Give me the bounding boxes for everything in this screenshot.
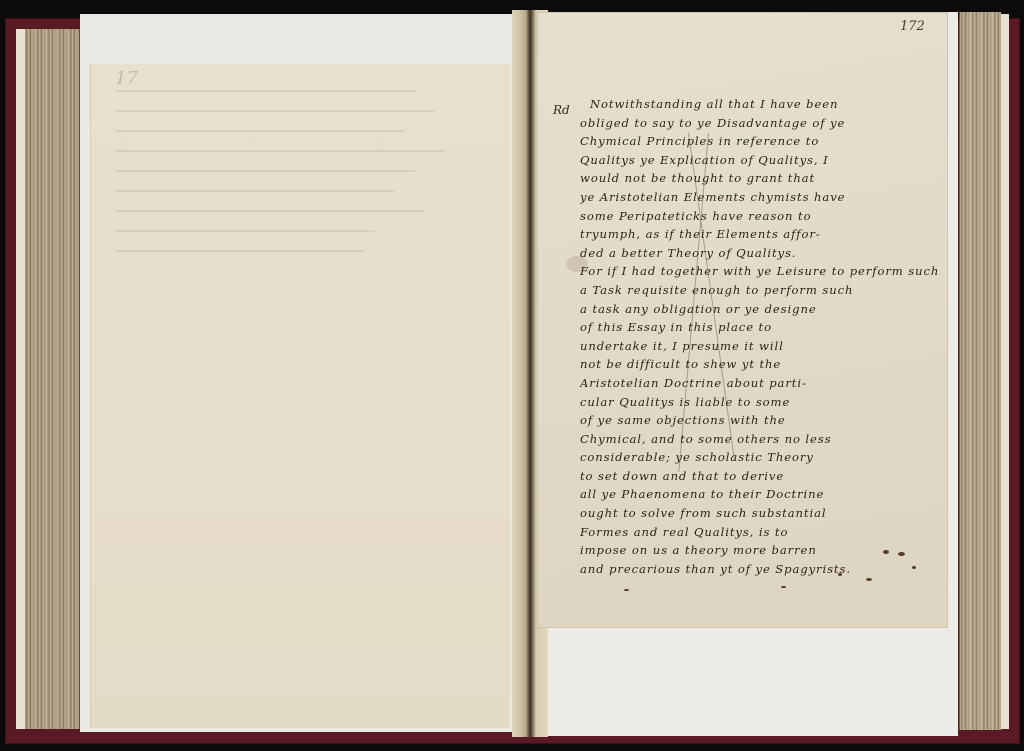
show-through-line bbox=[115, 250, 365, 252]
show-through-line bbox=[115, 210, 425, 212]
show-through-line bbox=[115, 190, 395, 192]
ink-spot bbox=[898, 552, 905, 556]
manuscript-line: undertake it, I presume it will bbox=[580, 337, 942, 356]
manuscript-line: ye Aristotelian Elements chymists have bbox=[580, 188, 942, 207]
left-page-leaf: 17 bbox=[90, 64, 510, 728]
ink-spot bbox=[781, 586, 786, 588]
manuscript-line: not be difficult to shew yt the bbox=[580, 355, 942, 374]
book-spread: 17 172 Rd Notwithstanding all that I hav… bbox=[0, 0, 1024, 751]
cover-endpaper-left bbox=[16, 29, 25, 729]
show-through-line bbox=[115, 170, 415, 172]
manuscript-line: of ye same objections with the bbox=[580, 411, 942, 430]
manuscript-line: obliged to say to ye Disadvantage of ye bbox=[580, 114, 942, 133]
folio-number: 172 bbox=[900, 19, 925, 34]
manuscript-line: and precarious than yt of ye Spagyrists. bbox=[580, 560, 942, 579]
manuscript-line: ought to solve from such substantial bbox=[580, 504, 942, 523]
manuscript-line: a Task requisite enough to perform such bbox=[580, 281, 942, 300]
show-through-line bbox=[115, 130, 405, 132]
ink-spot bbox=[624, 589, 629, 591]
manuscript-line: all ye Phaenomena to their Doctrine bbox=[580, 485, 942, 504]
margin-note: Rd bbox=[553, 103, 570, 117]
manuscript-line: Qualitys ye Explication of Qualitys, I bbox=[580, 151, 942, 170]
manuscript-line: would not be thought to grant that bbox=[580, 169, 942, 188]
manuscript-line: cular Qualitys is liable to some bbox=[580, 393, 942, 412]
manuscript-line: Chymical, and to some others no less bbox=[580, 430, 942, 449]
manuscript-line: ded a better Theory of Qualitys. bbox=[580, 244, 942, 263]
page-edges-left bbox=[25, 29, 80, 729]
manuscript-line: considerable; ye scholastic Theory bbox=[580, 448, 942, 467]
ink-spot bbox=[838, 573, 842, 576]
show-through-line bbox=[115, 230, 375, 232]
ink-spot bbox=[866, 578, 872, 581]
manuscript-line: Aristotelian Doctrine about parti- bbox=[580, 374, 942, 393]
show-through-mark: 17 bbox=[115, 68, 138, 89]
manuscript-line: Chymical Principles in reference to bbox=[580, 132, 942, 151]
manuscript-line: some Peripateticks have reason to bbox=[580, 207, 942, 226]
manuscript-line: tryumph, as if their Elements affor- bbox=[580, 225, 942, 244]
show-through-line bbox=[115, 110, 435, 112]
show-through-line bbox=[115, 150, 445, 152]
page-edges-right bbox=[959, 12, 1001, 730]
manuscript-line: For if I had together with ye Leisure to… bbox=[580, 262, 942, 281]
right-page-manuscript-leaf: 172 Rd Notwithstanding all that I have b… bbox=[537, 12, 948, 628]
show-through-line bbox=[115, 90, 415, 92]
ink-spot bbox=[883, 550, 889, 554]
manuscript-line: Formes and real Qualitys, is to bbox=[580, 523, 942, 542]
manuscript-line: Notwithstanding all that I have been bbox=[580, 95, 942, 114]
manuscript-line: of this Essay in this place to bbox=[580, 318, 942, 337]
manuscript-line: to set down and that to derive bbox=[580, 467, 942, 486]
manuscript-text: Notwithstanding all that I have been obl… bbox=[580, 95, 942, 578]
manuscript-line: a task any obligation or ye designe bbox=[580, 300, 942, 319]
cover-endpaper-right bbox=[1000, 14, 1009, 729]
ink-spot bbox=[912, 566, 916, 569]
